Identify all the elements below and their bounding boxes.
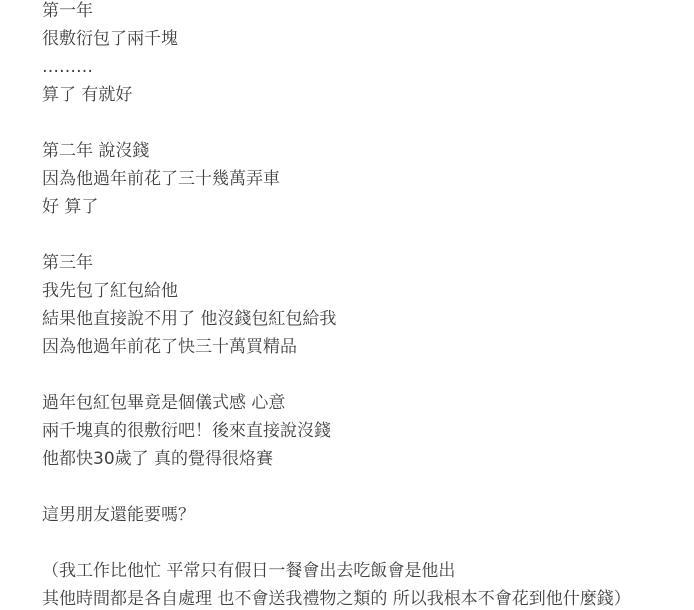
post-text-line: 因為他過年前花了三十幾萬弄車 [42, 165, 654, 193]
post-text-line: 第三年 [42, 249, 654, 277]
post-blank-line [42, 529, 654, 557]
post-blank-line [42, 473, 654, 501]
post-text-line: 我先包了紅包給他 [42, 277, 654, 305]
post-text-line: 他都快30歲了 真的覺得很烙賽 [42, 445, 654, 473]
post-text-line: 因為他過年前花了快三十萬買精品 [42, 333, 654, 361]
post-text-line: 其他時間都是各自處理 也不會送我禮物之類的 所以我根本不會花到他什麼錢） [42, 585, 654, 610]
post-blank-line [42, 221, 654, 249]
post-text-line: 很敷衍包了兩千塊 [42, 25, 654, 53]
post-text-line: ……… [42, 53, 654, 81]
post-text-line: （我工作比他忙 平常只有假日一餐會出去吃飯會是他出 [42, 557, 654, 585]
post-text-line: 結果他直接說不用了 他沒錢包紅包給我 [42, 305, 654, 333]
post-text-line: 過年包紅包畢竟是個儀式感 心意 [42, 389, 654, 417]
post-text-line: 算了 有就好 [42, 81, 654, 109]
post-text-line: 兩千塊真的很敷衍吧！後來直接說沒錢 [42, 417, 654, 445]
post-content: 第一年很敷衍包了兩千塊………算了 有就好第二年 說沒錢因為他過年前花了三十幾萬弄… [0, 0, 694, 610]
post-text-line: 這男朋友還能要嗎？ [42, 501, 654, 529]
post-text-line: 第一年 [42, 0, 654, 25]
post-text-line: 好 算了 [42, 193, 654, 221]
post-text-line: 第二年 說沒錢 [42, 137, 654, 165]
post-blank-line [42, 361, 654, 389]
post-blank-line [42, 109, 654, 137]
